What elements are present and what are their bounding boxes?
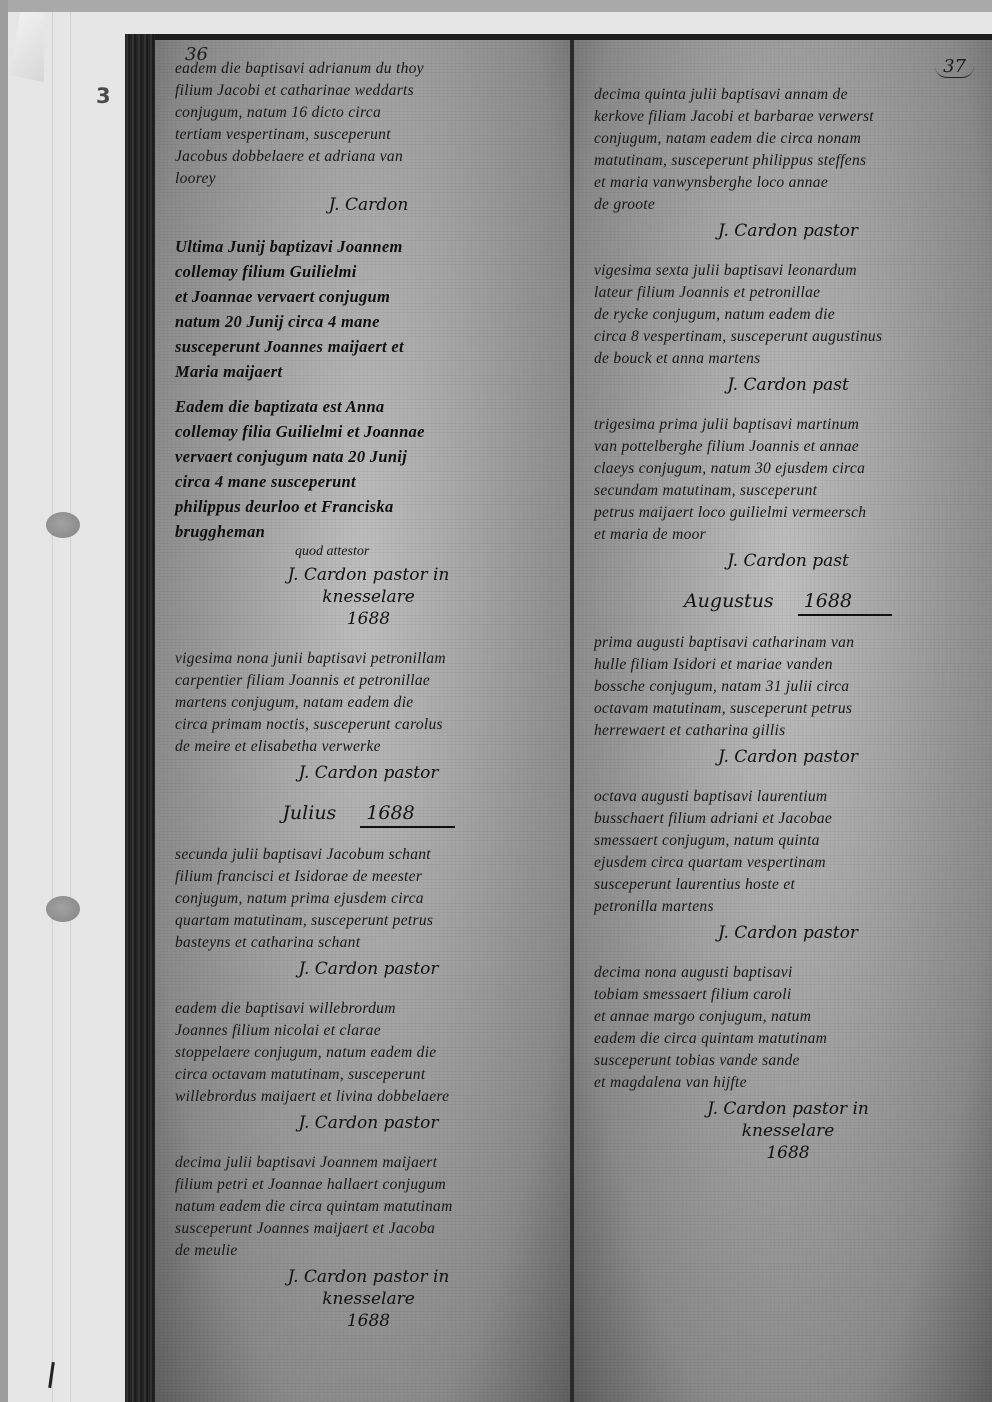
month-year: 1688 [360, 802, 454, 828]
baptism-entry: Eadem die baptizata est Anna collemay fi… [175, 394, 562, 630]
pastor-signature: J. Cardon pastor [175, 1112, 562, 1134]
baptism-entry: decima quinta julii baptisavi annam de k… [594, 84, 982, 242]
margin-rule [52, 12, 53, 1402]
right-page: 37 decima quinta julii baptisavi annam d… [574, 40, 992, 1402]
baptism-entries: decima quinta julii baptisavi annam de k… [594, 84, 982, 1182]
baptism-entry: secunda julii baptisavi Jacobum schant f… [175, 844, 562, 980]
month-name: Julius [282, 802, 336, 824]
scanner-background-strip [0, 0, 992, 12]
entry-text: vigesima sexta julii baptisavi leonardum… [594, 260, 982, 370]
entry-text: decima julii baptisavi Joannem maijaert … [175, 1152, 562, 1262]
entry-text: eadem die baptisavi willebrordum Joannes… [175, 998, 562, 1108]
baptism-entries: eadem die baptisavi adrianum du thoy fil… [175, 58, 562, 1350]
baptism-entry: eadem die baptisavi adrianum du thoy fil… [175, 58, 562, 216]
baptism-entry: eadem die baptisavi willebrordum Joannes… [175, 998, 562, 1134]
baptism-entry: Ultima Junij baptizavi Joannem collemay … [175, 234, 562, 384]
baptism-entry: prima augusti baptisavi catharinam van h… [594, 632, 982, 768]
baptism-entry: trigesima prima julii baptisavi martinum… [594, 414, 982, 572]
pastor-signature: J. Cardon [175, 194, 562, 216]
baptism-entry: decima nona augusti baptisavi tobiam sme… [594, 962, 982, 1164]
entry-text: decima nona augusti baptisavi tobiam sme… [594, 962, 982, 1094]
entry-text: decima quinta julii baptisavi annam de k… [594, 84, 982, 216]
month-heading: Julius1688 [175, 802, 562, 824]
entry-text: secunda julii baptisavi Jacobum schant f… [175, 844, 562, 954]
left-page: 36 eadem die baptisavi adrianum du thoy … [155, 40, 572, 1402]
pastor-signature: J. Cardon pastor [594, 746, 982, 768]
entry-text: octava augusti baptisavi laurentium buss… [594, 786, 982, 918]
pastor-signature: J. Cardon pastor [594, 922, 982, 944]
pastor-signature: J. Cardon pastor in knesselare 1688 [175, 1266, 562, 1332]
pastor-signature: J. Cardon past [594, 374, 982, 396]
month-heading: Augustus1688 [594, 590, 982, 612]
pastor-signature: J. Cardon pastor in knesselare 1688 [175, 564, 562, 630]
punch-hole-icon [46, 896, 80, 922]
pastor-signature: J. Cardon pastor [594, 220, 982, 242]
month-year: 1688 [798, 590, 892, 616]
entry-text: prima augusti baptisavi catharinam van h… [594, 632, 982, 742]
baptism-entry: octava augusti baptisavi laurentium buss… [594, 786, 982, 944]
baptism-entry: decima julii baptisavi Joannem maijaert … [175, 1152, 562, 1332]
baptism-entry: vigesima sexta julii baptisavi leonardum… [594, 260, 982, 396]
baptism-entry: vigesima nona junii baptisavi petronilla… [175, 648, 562, 784]
book-page-edges [125, 34, 155, 1402]
month-name: Augustus [684, 590, 774, 612]
entry-text: Eadem die baptizata est Anna collemay fi… [175, 394, 562, 544]
pastor-signature: J. Cardon pastor [175, 958, 562, 980]
entry-text: vigesima nona junii baptisavi petronilla… [175, 648, 562, 758]
attestation-note: quod attestor [295, 544, 562, 560]
page-number: 37 [935, 56, 974, 78]
entry-text: Ultima Junij baptizavi Joannem collemay … [175, 234, 562, 384]
margin-rule [70, 12, 71, 1402]
pastor-signature: J. Cardon past [594, 550, 982, 572]
entry-text: trigesima prima julii baptisavi martinum… [594, 414, 982, 546]
archive-sheet-number: 3 [96, 84, 111, 108]
scanner-edge [0, 0, 8, 1402]
punch-hole-icon [46, 512, 80, 538]
entry-text: eadem die baptisavi adrianum du thoy fil… [175, 58, 562, 190]
pastor-signature: J. Cardon pastor [175, 762, 562, 784]
pastor-signature: J. Cardon pastor in knesselare 1688 [594, 1098, 982, 1164]
